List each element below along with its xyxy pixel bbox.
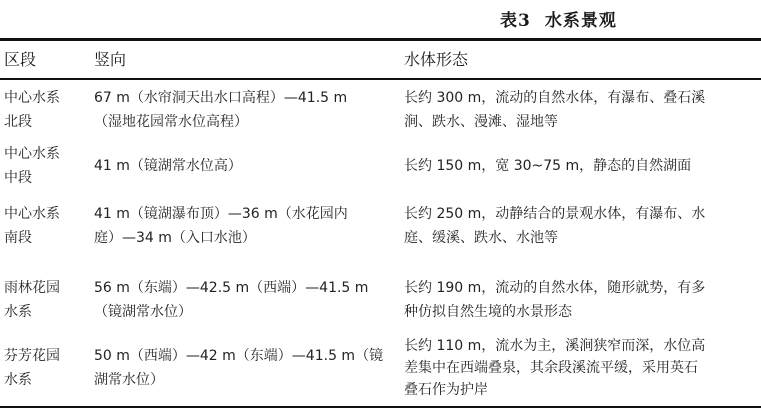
cell-section: 雨林花园 水系 (4, 276, 86, 324)
table-title: 水系景观 (545, 11, 617, 31)
cell-water-form: 长约 150 m，宽 30~75 m，静态的自然湖面 (404, 154, 759, 178)
cell-water-form: 长约 250 m，动静结合的景观水体，有瀑布、水 庭、缓溪、跌水、水池等 (404, 202, 759, 250)
cell-vertical: 56 m（东端）—42.5 m（西端）—41.5 m （镜湖常水位） (94, 276, 394, 324)
table-number: 表3 (500, 11, 531, 31)
cell-section: 芬芳花园 水系 (4, 344, 86, 392)
cell-vertical: 67 m（水帘洞天出水口高程）—41.5 m （湿地花园常水位高程） (94, 86, 394, 134)
header-rule (0, 78, 761, 80)
cell-section: 中心水系 北段 (4, 86, 86, 134)
bottom-rule (0, 406, 761, 408)
cell-vertical: 50 m（西端）—42 m（东端）—41.5 m（镜 湖常水位） (94, 344, 394, 392)
cell-water-form: 长约 190 m，流动的自然水体，随形就势，有多 种仿拟自然生境的水景形态 (404, 276, 759, 324)
cell-vertical: 41 m（镜湖常水位高） (94, 154, 394, 178)
header-water-form: 水体形态 (404, 47, 468, 70)
header-vertical: 竖向 (94, 47, 126, 70)
top-rule (0, 38, 761, 41)
cell-section: 中心水系 南段 (4, 202, 86, 250)
cell-water-form: 长约 300 m，流动的自然水体，有瀑布、叠石溪 涧、跌水、漫滩、湿地等 (404, 86, 759, 134)
cell-vertical: 41 m（镜湖瀑布顶）—36 m（水花园内 庭）—34 m（入口水池） (94, 202, 394, 250)
cell-section: 中心水系 中段 (4, 142, 86, 190)
table-caption: 表3水系景观 (500, 6, 617, 31)
header-section: 区段 (4, 47, 36, 70)
cell-water-form: 长约 110 m，流水为主，溪涧狭窄而深，水位高 差集中在西端叠泉，其余段溪流平… (404, 335, 759, 401)
